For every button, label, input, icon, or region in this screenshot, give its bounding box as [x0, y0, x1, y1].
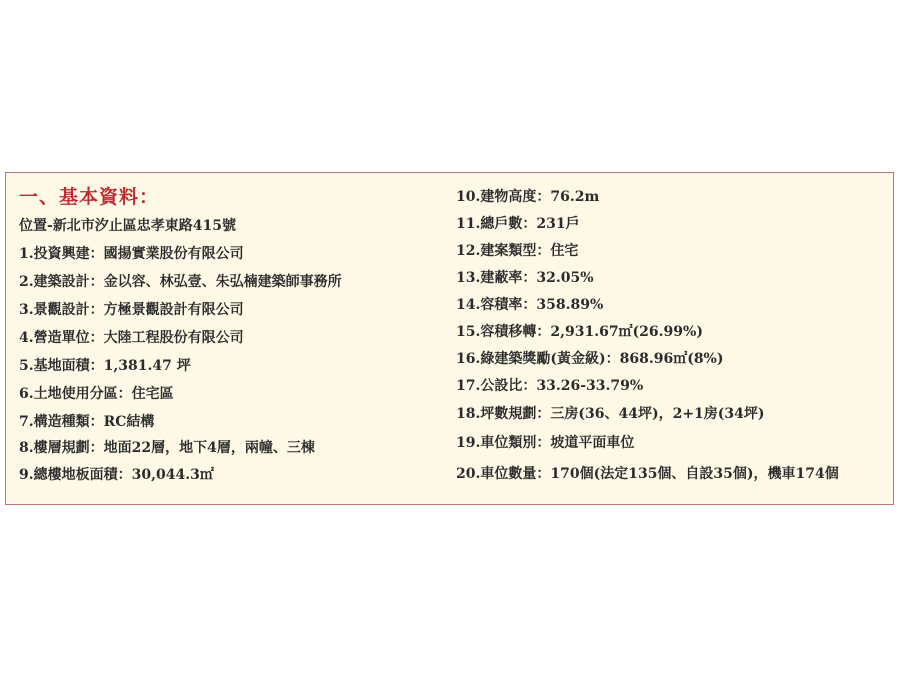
item-number: 10.: [456, 189, 480, 205]
info-row-public-ratio: 17.公設比：33.26-33.79%: [456, 377, 643, 395]
item-colon: ：: [536, 435, 550, 451]
info-row-parking-type: 19.車位類別：坡道平面車位: [456, 434, 634, 452]
item-colon: ：: [536, 466, 550, 482]
basic-info-panel: 一、基本資料： 位置-新北市汐止區忠孝東路415號 1.投資興建：國揚實業股份有…: [5, 172, 894, 505]
section-title: 一、基本資料：: [19, 182, 159, 209]
item-number: 20.: [456, 466, 480, 482]
item-colon: ：: [90, 358, 104, 374]
item-colon: ：: [522, 270, 536, 286]
item-label: 建物高度: [480, 189, 536, 205]
item-colon: ：: [118, 467, 132, 483]
item-label: 營造單位: [34, 330, 90, 346]
item-value: 大陸工程股份有限公司: [104, 330, 244, 346]
item-number: 14.: [456, 297, 480, 313]
location-label: 位置: [19, 218, 47, 234]
item-value: RC結構: [104, 414, 155, 430]
item-label: 總戶數: [480, 216, 522, 232]
item-label: 容積移轉: [480, 324, 536, 340]
item-value: 30,044.3㎡: [132, 467, 214, 483]
item-colon: ：: [522, 216, 536, 232]
item-label: 構造種類: [34, 414, 90, 430]
item-number: 12.: [456, 243, 480, 259]
info-row-zoning: 6.土地使用分區：住宅區: [19, 385, 174, 403]
item-number: 6.: [19, 386, 34, 402]
item-value: 金以容、林弘壹、朱弘楠建築師事務所: [104, 274, 342, 290]
item-value: 868.96㎡(8%): [620, 351, 724, 367]
item-colon: ：: [90, 440, 104, 456]
info-row-height: 10.建物高度：76.2m: [456, 188, 599, 206]
item-colon: ：: [536, 324, 550, 340]
info-row-unit-sizes: 18.坪數規劃：三房(36、44坪)，2+1房(34坪): [456, 405, 765, 423]
location-value: 新北市汐止區忠孝東路415號: [53, 218, 236, 234]
item-value: 358.89%: [536, 297, 603, 313]
item-colon: ：: [536, 189, 550, 205]
item-value: 方極景觀設計有限公司: [104, 302, 244, 318]
item-value: 33.26-33.79%: [536, 378, 643, 394]
item-colon: ：: [90, 414, 104, 430]
item-number: 15.: [456, 324, 480, 340]
info-row-investor: 1.投資興建：國揚實業股份有限公司: [19, 245, 244, 263]
item-number: 19.: [456, 435, 480, 451]
item-label: 投資興建: [34, 246, 90, 262]
info-row-far-transfer: 15.容積移轉：2,931.67㎡(26.99%): [456, 323, 703, 341]
item-label: 基地面積: [34, 358, 90, 374]
info-row-architect: 2.建築設計：金以容、林弘壹、朱弘楠建築師事務所: [19, 273, 342, 291]
info-row-contractor: 4.營造單位：大陸工程股份有限公司: [19, 329, 244, 347]
item-value: 地面22層，地下4層，兩幢、三棟: [104, 440, 315, 456]
item-label: 車位數量: [480, 466, 536, 482]
item-number: 11.: [456, 216, 480, 232]
item-number: 18.: [456, 406, 480, 422]
info-row-far: 14.容積率：358.89%: [456, 296, 603, 314]
item-label: 綠建築獎勵(黃金級): [480, 351, 605, 367]
item-label: 公設比: [480, 378, 522, 394]
item-value: 1,381.47 坪: [104, 358, 191, 374]
info-row-floor-area: 9.總樓地板面積：30,044.3㎡: [19, 466, 214, 484]
item-label: 建築設計: [34, 274, 90, 290]
item-number: 17.: [456, 378, 480, 394]
item-label: 容積率: [480, 297, 522, 313]
item-number: 13.: [456, 270, 480, 286]
info-row-parking-count: 20.車位數量：170個(法定135個、自設35個)，機車174個: [456, 465, 839, 483]
item-colon: ：: [606, 351, 620, 367]
item-value: 住宅區: [132, 386, 174, 402]
item-value: 170個(法定135個、自設35個)，機車174個: [550, 466, 838, 482]
item-label: 景觀設計: [34, 302, 90, 318]
item-value: 三房(36、44坪)，2+1房(34坪): [550, 406, 764, 422]
item-label: 樓層規劃: [34, 440, 90, 456]
item-number: 2.: [19, 274, 34, 290]
item-value: 231戶: [536, 216, 579, 232]
item-colon: ：: [522, 378, 536, 394]
item-colon: ：: [118, 386, 132, 402]
item-value: 住宅: [550, 243, 578, 259]
item-colon: ：: [522, 297, 536, 313]
item-number: 7.: [19, 414, 34, 430]
item-colon: ：: [536, 406, 550, 422]
info-row-green-bonus: 16.綠建築獎勵(黃金級)：868.96㎡(8%): [456, 350, 723, 368]
item-number: 9.: [19, 467, 34, 483]
item-number: 8.: [19, 440, 34, 456]
item-number: 3.: [19, 302, 34, 318]
item-value: 76.2m: [550, 189, 599, 205]
item-value: 32.05%: [536, 270, 593, 286]
info-row-floors: 8.樓層規劃：地面22層，地下4層，兩幢、三棟: [19, 439, 315, 457]
info-row-landscape: 3.景觀設計：方極景觀設計有限公司: [19, 301, 244, 319]
item-colon: ：: [536, 243, 550, 259]
info-row-site-area: 5.基地面積：1,381.47 坪: [19, 357, 191, 375]
item-label: 建案類型: [480, 243, 536, 259]
item-label: 坪數規劃: [480, 406, 536, 422]
item-value: 國揚實業股份有限公司: [104, 246, 244, 262]
info-row-units: 11.總戶數：231戶: [456, 215, 580, 233]
info-row-type: 12.建案類型：住宅: [456, 242, 578, 260]
item-number: 1.: [19, 246, 34, 262]
item-colon: ：: [90, 274, 104, 290]
item-number: 5.: [19, 358, 34, 374]
item-colon: ：: [90, 302, 104, 318]
item-value: 坡道平面車位: [550, 435, 634, 451]
info-row-coverage: 13.建蔽率：32.05%: [456, 269, 594, 287]
item-label: 土地使用分區: [34, 386, 118, 402]
item-label: 建蔽率: [480, 270, 522, 286]
info-row-structure: 7.構造種類：RC結構: [19, 413, 154, 431]
item-label: 總樓地板面積: [34, 467, 118, 483]
item-value: 2,931.67㎡(26.99%): [550, 324, 703, 340]
item-label: 車位類別: [480, 435, 536, 451]
location-row: 位置-新北市汐止區忠孝東路415號: [19, 217, 236, 235]
item-number: 16.: [456, 351, 480, 367]
item-colon: ：: [90, 246, 104, 262]
item-number: 4.: [19, 330, 34, 346]
item-colon: ：: [90, 330, 104, 346]
